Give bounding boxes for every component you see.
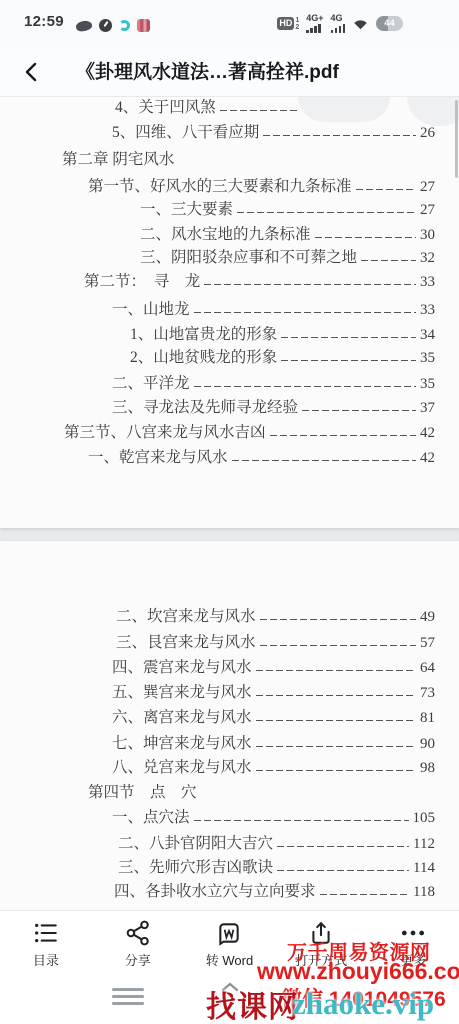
toc-entry-text: 二、坎宫来龙与风水 <box>116 606 256 628</box>
toc-entry-text: 第二章 阴宅风水 <box>62 149 174 171</box>
share-button-label: 分享 <box>125 950 151 969</box>
toc-entry-text: 1、山地富贵龙的形象 <box>130 324 277 346</box>
dash-leader <box>237 212 416 214</box>
toc-row: 第二节： 寻 龙33 <box>84 271 435 293</box>
toc-entry-text: 三、寻龙法及先师寻龙经验 <box>112 397 298 419</box>
toc-row: 三、阴阳驳杂应事和不可葬之地32 <box>140 247 435 269</box>
volte-hd-icon: HD 1 2 <box>277 17 299 31</box>
dash-leader <box>361 260 416 262</box>
toc-entry-text: 三、艮宫来龙与风水 <box>116 632 256 654</box>
toc-entry-page-number: 90 <box>420 733 435 755</box>
watermark-brand-site: zhaoke.vip <box>292 986 434 1022</box>
signal-sim2-icon: 4G <box>331 14 346 33</box>
toc-row: 第四节 点 穴 <box>88 782 435 804</box>
toc-entry-text: 二、平洋龙 <box>112 373 190 395</box>
clock-time: 12:59 <box>24 13 64 30</box>
notification-icons <box>76 19 150 32</box>
battery-icon: 44 <box>376 16 403 31</box>
dash-leader <box>194 312 416 314</box>
signal-sim1-icon: 4G+ <box>306 14 323 33</box>
toc-row: 二、平洋龙35 <box>112 373 435 395</box>
toc-entry-text: 5、四维、八干看应期 <box>112 122 259 144</box>
toc-entry-page-number: 105 <box>413 807 436 829</box>
toc-entry-page-number: 42 <box>420 447 435 469</box>
toc-row: 一、点穴法105 <box>112 807 435 829</box>
toc-entry-page-number: 35 <box>420 373 435 395</box>
toc-button[interactable]: 目录 <box>0 911 92 973</box>
toc-entry-text: 三、阴阳驳杂应事和不可葬之地 <box>140 247 357 269</box>
toc-row: 二、坎宫来龙与风水49 <box>116 606 435 628</box>
word-convert-icon <box>216 919 243 946</box>
share-button[interactable]: 分享 <box>92 911 184 973</box>
teal-app-notification-icon <box>119 20 130 31</box>
toc-entry-text: 二、风水宝地的九条标准 <box>140 224 311 246</box>
dash-leader <box>315 237 416 239</box>
status-indicators: HD 1 2 4G+ 4G 44 <box>277 14 403 33</box>
toc-row: 五、巽宫来龙与风水73 <box>112 682 435 704</box>
status-bar: 12:59 HD 1 2 4G+ 4G 44 <box>0 0 459 48</box>
toc-row: 二、八卦官阴阳大吉穴112 <box>118 833 435 855</box>
toc-entry-page-number: 27 <box>420 176 435 198</box>
toc-row: 四、各卦收水立穴与立向要求118 <box>114 881 435 903</box>
toc-list-icon <box>32 919 59 946</box>
toc-row: 三、先师穴形吉凶歌诀114 <box>118 857 435 879</box>
toc-row: 2、山地贫贱龙的形象35 <box>130 347 435 369</box>
red-app-notification-icon <box>137 19 150 32</box>
toc-entry-page-number: 32 <box>420 247 435 269</box>
dash-leader <box>220 110 297 112</box>
toc-row: 5、四维、八干看应期26 <box>112 122 435 144</box>
wifi-icon <box>352 17 369 31</box>
dash-leader <box>356 189 416 191</box>
toc-entry-text: 第四节 点 穴 <box>88 782 197 804</box>
toc-row: 二、风水宝地的九条标准30 <box>140 224 435 246</box>
dash-leader <box>256 670 416 672</box>
toc-row: 4、关于凹风煞 <box>115 97 301 119</box>
convert-to-word-label: 转 Word <box>206 950 253 969</box>
toc-entry-text: 2、山地贫贱龙的形象 <box>130 347 277 369</box>
toc-entry-page-number: 34 <box>420 324 435 346</box>
dash-leader <box>194 820 409 822</box>
toc-entry-page-number: 112 <box>413 833 435 855</box>
toc-entry-text: 4、关于凹风煞 <box>115 97 216 119</box>
toc-row: 1、山地富贵龙的形象34 <box>130 324 435 346</box>
share-icon <box>124 919 151 946</box>
watermark-brand-logo: 找课网 <box>206 982 299 1024</box>
dash-leader <box>277 870 409 872</box>
toc-row: 一、山地龙33 <box>112 299 435 321</box>
toc-entry-page-number: 27 <box>420 199 435 221</box>
toc-entry-text: 一、乾宫来龙与风水 <box>88 447 228 469</box>
drag-handle-icon[interactable] <box>112 988 144 1005</box>
toc-row: 第三节、八宫来龙与风水吉凶42 <box>64 422 435 444</box>
toc-entry-page-number: 49 <box>420 606 435 628</box>
toc-entry-text: 二、八卦官阴阳大吉穴 <box>118 833 273 855</box>
toc-entry-text: 五、巽宫来龙与风水 <box>112 682 252 704</box>
toc-button-label: 目录 <box>33 950 59 969</box>
toc-entry-text: 一、三大要素 <box>140 199 233 221</box>
toc-entry-text: 第一节、好风水的三大要素和九条标准 <box>88 176 352 198</box>
toc-entry-page-number: 64 <box>420 657 435 679</box>
toc-entry-page-number: 98 <box>420 757 435 779</box>
toc-entry-page-number: 33 <box>420 271 435 293</box>
dash-leader <box>256 695 416 697</box>
scrollbar-thumb[interactable] <box>455 100 458 178</box>
dash-leader <box>281 337 416 339</box>
toc-row: 四、震宫来龙与风水64 <box>112 657 435 679</box>
toc-entry-page-number: 118 <box>413 881 435 903</box>
title-bar: 《卦理风水道法…著高拴祥.pdf <box>0 48 459 97</box>
toc-entry-page-number: 81 <box>420 707 435 729</box>
toc-entry-text: 六、离宫来龙与风水 <box>112 707 252 729</box>
toc-row: 一、三大要素27 <box>140 199 435 221</box>
dash-leader <box>194 386 416 388</box>
dash-leader <box>281 360 416 362</box>
toc-row: 三、艮宫来龙与风水57 <box>116 632 435 654</box>
toc-entry-page-number: 42 <box>420 422 435 444</box>
alarm-notification-icon <box>99 19 112 32</box>
toc-entry-text: 四、各卦收水立穴与立向要求 <box>114 881 316 903</box>
dash-leader <box>232 460 416 462</box>
toc-entry-page-number: 114 <box>413 857 435 879</box>
toc-entry-page-number: 35 <box>420 347 435 369</box>
page-stain-decoration <box>298 96 390 122</box>
shoe-notification-icon <box>75 19 93 32</box>
toc-entry-text: 第三节、八宫来龙与风水吉凶 <box>64 422 266 444</box>
toc-entry-page-number: 30 <box>420 224 435 246</box>
toc-entry-text: 一、点穴法 <box>112 807 190 829</box>
toc-row: 七、坤宫来龙与风水90 <box>112 733 435 755</box>
pdf-viewport[interactable]: 4、关于凹风煞5、四维、八干看应期26第二章 阴宅风水第一节、好风水的三大要素和… <box>0 96 459 910</box>
dash-leader <box>302 410 416 412</box>
document-title: 《卦理风水道法…著高拴祥.pdf <box>76 57 339 84</box>
toc-entry-text: 四、震宫来龙与风水 <box>112 657 252 679</box>
toc-entry-page-number: 26 <box>420 122 435 144</box>
dash-leader <box>260 619 416 621</box>
dash-leader <box>263 135 416 137</box>
toc-row: 八、兑宫来龙与风水98 <box>112 757 435 779</box>
toc-row: 第二章 阴宅风水 <box>62 149 435 171</box>
toc-entry-text: 三、先师穴形吉凶歌诀 <box>118 857 273 879</box>
toc-entry-page-number: 57 <box>420 632 435 654</box>
toc-entry-page-number: 37 <box>420 397 435 419</box>
toc-entry-text: 一、山地龙 <box>112 299 190 321</box>
toc-entry-text: 七、坤宫来龙与风水 <box>112 733 252 755</box>
pdf-page-1[interactable]: 4、关于凹风煞5、四维、八干看应期26第二章 阴宅风水第一节、好风水的三大要素和… <box>0 96 459 528</box>
dash-leader <box>320 894 410 896</box>
dash-leader <box>256 770 416 772</box>
dash-leader <box>277 846 409 848</box>
watermark-site-url: www.zhouyi666.com <box>257 958 459 985</box>
toc-entry-text: 第二节： 寻 龙 <box>84 271 200 293</box>
toc-row: 六、离宫来龙与风水81 <box>112 707 435 729</box>
dash-leader <box>270 435 416 437</box>
pdf-page-2[interactable]: 二、坎宫来龙与风水49三、艮宫来龙与风水57四、震宫来龙与风水64五、巽宫来龙与… <box>0 541 459 910</box>
toc-row: 三、寻龙法及先师寻龙经验37 <box>112 397 435 419</box>
toc-entry-text: 八、兑宫来龙与风水 <box>112 757 252 779</box>
dash-leader <box>260 645 416 647</box>
dash-leader <box>256 746 416 748</box>
dash-leader <box>256 720 416 722</box>
back-icon[interactable] <box>20 60 44 84</box>
toc-row: 一、乾宫来龙与风水42 <box>88 447 435 469</box>
toc-entry-page-number: 33 <box>420 299 435 321</box>
toc-entry-page-number: 73 <box>420 682 435 704</box>
dash-leader <box>204 284 416 286</box>
toc-row: 第一节、好风水的三大要素和九条标准27 <box>88 176 435 198</box>
